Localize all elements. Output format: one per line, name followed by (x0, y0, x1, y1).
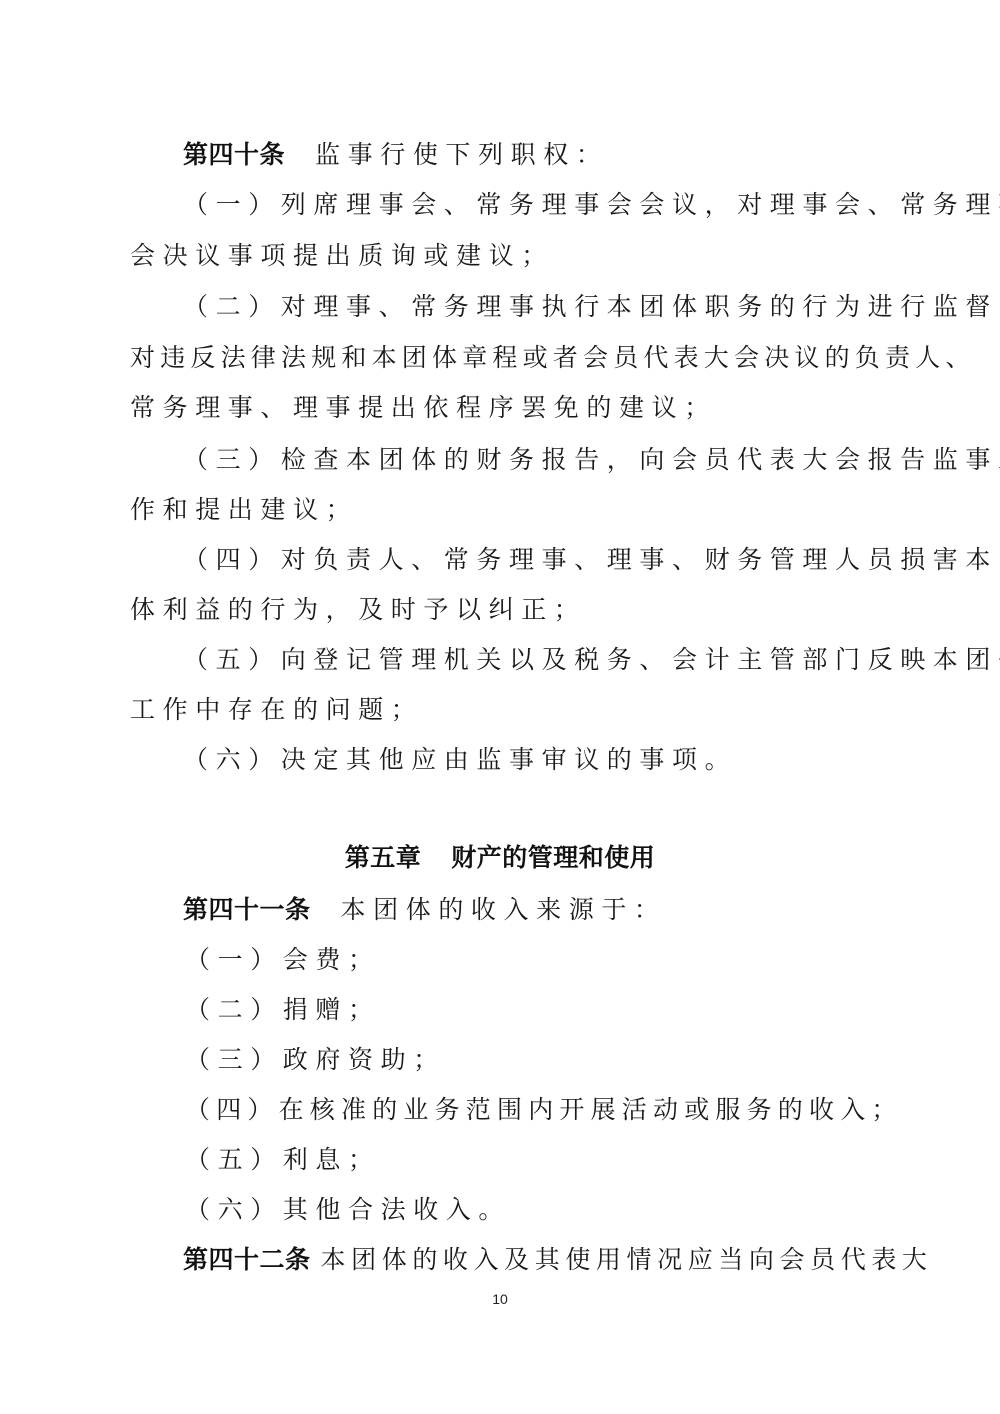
article-40-item-4-line-1: （四）对负责人、常务理事、理事、财务管理人员损害本团 (183, 545, 1000, 575)
article-40-item-1-line-1: （一）列席理事会、常务理事会会议，对理事会、常务理事 (183, 190, 1000, 220)
article-41-intro: 本团体的收入来源于： (341, 895, 667, 924)
chapter-name: 财产的管理和使用 (451, 843, 655, 872)
article-41-item-1: （一）会费； (185, 945, 381, 975)
article-40-item-5-line-1: （五）向登记管理机关以及税务、会计主管部门反映本团体 (183, 645, 1000, 675)
article-41-heading-line: 第四十一条本团体的收入来源于： (183, 895, 667, 925)
article-42-heading: 第四十二条 (183, 1245, 311, 1274)
article-40-item-5-line-2: 工作中存在的问题； (130, 695, 423, 725)
article-41-item-6: （六）其他合法收入。 (185, 1195, 511, 1225)
chapter-number: 第五章 (345, 843, 422, 872)
article-41-item-3: （三）政府资助； (185, 1045, 446, 1075)
article-40-item-6-line-1: （六）决定其他应由监事审议的事项。 (183, 745, 737, 775)
document-page: 第四十条监事行使下列职权： （一）列席理事会、常务理事会会议，对理事会、常务理事… (0, 0, 1000, 1414)
article-40-intro: 监事行使下列职权： (315, 140, 608, 169)
article-41-item-4: （四）在核准的业务范围内开展活动或服务的收入； (185, 1095, 903, 1125)
article-42-line: 第四十二条本团体的收入及其使用情况应当向会员代表大 (183, 1245, 933, 1275)
article-40-item-3-line-2: 作和提出建议； (130, 495, 358, 525)
article-41-item-2: （二）捐赠； (185, 995, 381, 1025)
article-40-item-4-line-2: 体利益的行为，及时予以纠正； (130, 595, 586, 625)
article-41-item-5: （五）利息； (185, 1145, 381, 1175)
article-40-item-2-line-3: 常务理事、理事提出依程序罢免的建议； (130, 393, 717, 423)
article-40-item-2-line-2: 对违反法律法规和本团体章程或者会员代表大会决议的负责人、 (130, 343, 976, 373)
article-40-heading-line: 第四十条监事行使下列职权： (183, 140, 608, 170)
chapter-title: 第五章财产的管理和使用 (0, 843, 1000, 873)
article-40-item-3-line-1: （三）检查本团体的财务报告，向会员代表大会报告监事工 (183, 445, 1000, 475)
article-41-heading: 第四十一条 (183, 895, 311, 924)
article-40-heading: 第四十条 (183, 140, 285, 169)
article-40-item-1-line-2: 会决议事项提出质询或建议； (130, 241, 554, 271)
page-number: 10 (0, 1291, 1000, 1307)
article-42-text: 本团体的收入及其使用情况应当向会员代表大 (321, 1245, 933, 1274)
article-40-item-2-line-1: （二）对理事、常务理事执行本团体职务的行为进行监督， (183, 292, 1000, 322)
